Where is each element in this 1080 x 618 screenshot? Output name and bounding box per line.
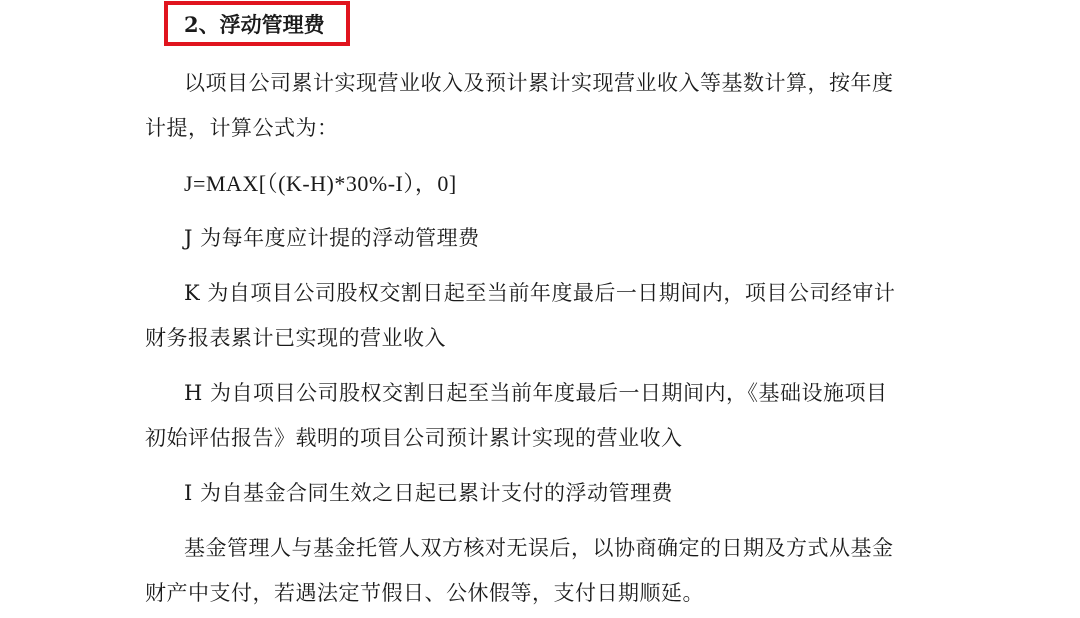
paragraph-basis-line2: 计提，计算公式为：	[145, 112, 339, 142]
paragraph-basis-line1: 以项目公司累计实现营业收入及预计累计实现营业收入等基数计算，按年度	[184, 67, 894, 97]
definition-h-line2: 初始评估报告》载明的项目公司预计累计实现的营业收入	[145, 422, 683, 452]
definition-h-line1: H 为自项目公司股权交割日起至当前年度最后一日期间内，《基础设施项目	[184, 377, 888, 407]
definition-k-line1: K 为自项目公司股权交割日起至当前年度最后一日期间内，项目公司经审计	[184, 277, 895, 307]
definition-k-line2: 财务报表累计已实现的营业收入	[145, 322, 446, 352]
definition-i: I 为自基金合同生效之日起已累计支付的浮动管理费	[184, 477, 673, 507]
definition-j: J 为每年度应计提的浮动管理费	[184, 222, 480, 252]
section-heading: 2、浮动管理费	[184, 9, 325, 39]
payment-line2: 财产中支付，若遇法定节假日、公休假等，支付日期顺延。	[145, 577, 704, 607]
formula: J=MAX[（(K-H)*30%-I），0]	[184, 167, 457, 198]
payment-line1: 基金管理人与基金托管人双方核对无误后，以协商确定的日期及方式从基金	[184, 532, 894, 562]
